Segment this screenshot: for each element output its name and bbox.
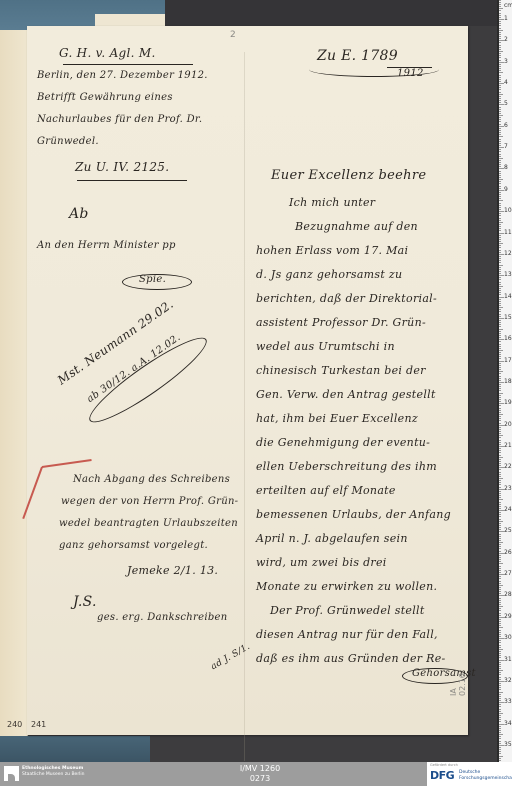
- ruler-label: 13: [504, 271, 512, 278]
- ruler-tick: [499, 651, 501, 652]
- ruler-tick: [499, 600, 501, 601]
- ruler-tick: [499, 683, 501, 684]
- ruler-tick: [499, 397, 501, 398]
- ruler-tick: [499, 608, 501, 609]
- ruler-tick: [499, 262, 501, 263]
- ruler-label: 4: [504, 79, 508, 86]
- ruler-tick: [499, 448, 501, 449]
- js-mark: J.S.: [73, 594, 97, 610]
- ruler-tick: [499, 0, 501, 1]
- folio-number: 2: [230, 30, 236, 40]
- ruler-label: 32: [504, 677, 512, 684]
- ruler-tick: [499, 329, 503, 330]
- ruler-tick: [499, 156, 501, 157]
- ruler-tick: [499, 563, 503, 564]
- ruler-tick: [499, 119, 501, 120]
- ruler-tick: [499, 544, 501, 545]
- ruler-tick: [499, 459, 501, 460]
- ruler-tick: [499, 151, 501, 152]
- ruler-label: 19: [504, 399, 512, 406]
- ruler-tick: [499, 657, 501, 658]
- ruler-label: 1: [504, 15, 508, 22]
- ruler-tick: [499, 36, 501, 37]
- ruler-tick: [499, 354, 501, 355]
- ruler-tick: [499, 444, 501, 445]
- body-line-2: Bezugnahme auf den: [295, 220, 418, 233]
- ruler-tick: [499, 559, 501, 560]
- image-number: 0273: [200, 774, 320, 784]
- ruler-tick: [499, 200, 503, 201]
- ruler-label: 26: [504, 549, 512, 556]
- reference-underline: [77, 180, 187, 181]
- ruler-tick: [499, 572, 501, 573]
- ruler-tick: [499, 181, 501, 182]
- salutation: Euer Excellenz beehre: [271, 168, 426, 183]
- ruler-tick: [499, 405, 501, 406]
- ruler-tick: [499, 179, 503, 180]
- note-line-1: Nach Abgang des Schreibens: [73, 474, 230, 485]
- ruler-tick: [499, 72, 503, 73]
- ruler-tick: [499, 615, 501, 616]
- ruler-tick: [499, 474, 501, 475]
- ruler-tick: [499, 527, 501, 528]
- ruler-label: 35: [504, 741, 512, 748]
- ruler-tick: [499, 593, 501, 594]
- ruler-tick: [499, 621, 501, 622]
- ruler-tick: [499, 570, 501, 571]
- ruler-tick: [499, 463, 501, 464]
- body-line-14: bemessenen Urlaubs, der Anfang: [256, 508, 451, 521]
- ruler-label: 33: [504, 698, 512, 705]
- ruler-tick: [499, 461, 501, 462]
- body-line-17: Monate zu erwirken zu wollen.: [256, 580, 437, 593]
- ruler-tick: [499, 363, 501, 364]
- ruler-tick: [499, 649, 503, 650]
- ruler-tick: [499, 60, 501, 61]
- ruler-tick: [499, 619, 501, 620]
- ruler-label: 34: [504, 720, 512, 727]
- ruler-tick: [499, 450, 501, 451]
- funder-caption: Gefördert durch: [430, 763, 458, 767]
- ruler-tick: [499, 230, 501, 231]
- ruler-tick: [499, 299, 501, 300]
- ruler-tick: [499, 585, 503, 586]
- ruler-tick: [499, 77, 501, 78]
- ruler-tick: [499, 435, 503, 436]
- ruler-tick: [499, 465, 501, 466]
- ruler-tick: [499, 760, 501, 761]
- ruler-tick: [499, 286, 503, 287]
- ruler-tick: [499, 647, 501, 648]
- ruler-tick: [499, 102, 501, 103]
- ruler-tick: [499, 166, 501, 167]
- ruler-tick: [499, 696, 501, 697]
- note-signature: Jemeke 2/1. 13.: [127, 564, 218, 577]
- ruler-tick: [499, 139, 501, 140]
- ruler-tick: [499, 292, 501, 293]
- ruler-tick: [499, 47, 501, 48]
- margin-mark: ad J. S/1.: [209, 642, 252, 672]
- ruler-tick: [499, 602, 501, 603]
- ruler-tick: [499, 476, 501, 477]
- ruler-tick: [499, 516, 501, 517]
- body-line-10: hat, ihm bei Euer Excellenz: [256, 412, 418, 425]
- ruler-tick: [499, 623, 501, 624]
- ruler-tick: [499, 674, 501, 675]
- ruler-label: 9: [504, 186, 508, 193]
- ruler-tick: [499, 540, 501, 541]
- ruler-tick: [499, 437, 501, 438]
- ruler-tick: [499, 555, 501, 556]
- funder-name-line-2: Forschungsgemeinschaft: [459, 776, 512, 782]
- ruler-tick: [499, 704, 501, 705]
- body-line-9: Gen. Verw. den Antrag gestellt: [256, 388, 436, 401]
- ruler-tick: [499, 711, 501, 712]
- scanned-image: 2 G. H. v. Agl. M. Berlin, den 27. Dezem…: [0, 0, 497, 762]
- ruler-tick: [499, 506, 501, 507]
- ruler-tick: [499, 497, 501, 498]
- body-line-16: wird, um zwei bis drei: [256, 556, 387, 569]
- ruler-tick: [499, 679, 501, 680]
- ruler-label: 18: [504, 378, 512, 385]
- ruler-tick: [499, 109, 501, 110]
- ruler-tick: [499, 367, 501, 368]
- ruler-tick: [499, 480, 501, 481]
- image-identifier: I/MV 1260 0273: [200, 764, 320, 784]
- ruler-tick: [499, 429, 501, 430]
- ruler-tick: [499, 512, 501, 513]
- ruler-tick: [499, 395, 501, 396]
- ruler-tick: [499, 741, 501, 742]
- ruler-tick: [499, 668, 501, 669]
- ruler-label: 3: [504, 58, 508, 65]
- ruler-tick: [499, 15, 501, 16]
- ruler-tick: [499, 17, 501, 18]
- ruler-tick: [499, 303, 501, 304]
- dfg-logo-icon: DFG: [430, 769, 454, 782]
- ruler-tick: [499, 273, 501, 274]
- ruler-tick: [499, 121, 501, 122]
- ruler-tick: [499, 277, 501, 278]
- ruler-tick: [499, 55, 501, 56]
- ruler-tick: [499, 730, 501, 731]
- ruler-tick: [499, 196, 501, 197]
- museum-logo-icon: [4, 766, 19, 781]
- ruler-label: 30: [504, 634, 512, 641]
- ruler-tick: [499, 630, 501, 631]
- ruler-tick: [499, 455, 501, 456]
- ruler-tick: [499, 85, 501, 86]
- ruler-tick: [499, 173, 501, 174]
- ruler-tick: [499, 751, 501, 752]
- ruler-tick: [499, 335, 501, 336]
- ruler-tick: [499, 677, 501, 678]
- blue-folder-cover-bottom: [0, 736, 150, 762]
- ruler-tick: [499, 207, 501, 208]
- ruler-tick: [499, 175, 501, 176]
- ruler-tick: [499, 6, 501, 7]
- ruler-tick: [499, 171, 501, 172]
- body-line-11: die Genehmigung der eventu-: [256, 436, 430, 449]
- ruler-tick: [499, 469, 501, 470]
- ruler-tick: [499, 380, 501, 381]
- ruler-tick: [499, 132, 501, 133]
- ruler-tick: [499, 499, 503, 500]
- body-line-7: wedel aus Urumtschi in: [256, 340, 395, 353]
- ruler-tick: [499, 252, 501, 253]
- note-line-4: ganz gehorsamst vorgelegt.: [59, 540, 208, 551]
- ruler-tick: [499, 514, 501, 515]
- ruler-label: 28: [504, 591, 512, 598]
- ruler-tick: [499, 301, 501, 302]
- ruler-tick: [499, 698, 501, 699]
- ruler-tick: [499, 493, 501, 494]
- ruler-tick: [499, 433, 501, 434]
- ruler-tick: [499, 282, 501, 283]
- ruler-tick: [499, 414, 503, 415]
- ruler-tick: [499, 753, 501, 754]
- body-line-3: hohen Erlass vom 17. Mai: [256, 244, 408, 257]
- ruler-tick: [499, 365, 501, 366]
- ruler-tick: [499, 320, 501, 321]
- ruler-tick: [499, 331, 501, 332]
- ruler-tick: [499, 388, 501, 389]
- ruler-tick: [499, 546, 501, 547]
- ruler-tick: [499, 89, 501, 90]
- ruler-tick: [499, 235, 501, 236]
- ruler-tick: [499, 117, 501, 118]
- ruler-tick: [499, 13, 501, 14]
- subject-line-2: Nachurlaubes für den Prof. Dr.: [37, 114, 202, 125]
- ruler-tick: [499, 642, 501, 643]
- ruler-label: 22: [504, 463, 512, 470]
- ruler-tick: [499, 672, 501, 673]
- ruler-tick: [499, 115, 503, 116]
- ruler-tick: [499, 736, 501, 737]
- ruler-tick: [499, 529, 501, 530]
- address-line: An den Herrn Minister pp: [37, 240, 176, 251]
- ruler-tick: [499, 384, 501, 385]
- ruler-tick: [499, 598, 501, 599]
- footer-bar: Ethnologisches Museum Staatliche Museen …: [0, 762, 512, 786]
- ruler-label: 25: [504, 527, 512, 534]
- ruler-tick: [499, 154, 501, 155]
- ruler-tick: [499, 267, 501, 268]
- ruler-tick: [499, 333, 501, 334]
- ruler-tick: [499, 92, 501, 93]
- ruler-tick: [499, 258, 501, 259]
- ruler-tick: [499, 94, 503, 95]
- ruler-tick: [499, 316, 501, 317]
- ruler-tick: [499, 75, 501, 76]
- page-number-left: 240: [7, 720, 22, 729]
- ruler-tick: [499, 685, 501, 686]
- ruler-tick: [499, 410, 501, 411]
- ruler-tick: [499, 23, 501, 24]
- ruler-tick: [499, 747, 501, 748]
- ruler-tick: [499, 717, 501, 718]
- ruler-tick: [499, 143, 501, 144]
- ruler-tick: [499, 324, 501, 325]
- ruler-tick: [499, 548, 501, 549]
- ruler-tick: [499, 749, 501, 750]
- ruler-tick: [499, 610, 501, 611]
- ruler-label: 24: [504, 506, 512, 513]
- ruler-tick: [499, 194, 501, 195]
- ruler-tick: [499, 124, 501, 125]
- ruler-tick: [499, 279, 501, 280]
- ruler-tick: [499, 145, 501, 146]
- ruler-tick: [499, 606, 503, 607]
- ruler-tick: [499, 38, 501, 39]
- ruler-tick: [499, 226, 501, 227]
- ruler-tick: [499, 478, 503, 479]
- subject-line-3: Grünwedel.: [37, 136, 99, 147]
- paper-fold: [244, 52, 245, 761]
- ruler-tick: [499, 743, 501, 744]
- ruler-tick: [499, 213, 501, 214]
- reference-number: Zu U. IV. 2125.: [75, 160, 169, 174]
- ruler-tick: [499, 111, 501, 112]
- ruler-tick: [499, 721, 501, 722]
- ruler-tick: [499, 687, 501, 688]
- ruler-tick: [499, 241, 501, 242]
- ruler-tick: [499, 243, 503, 244]
- ruler-tick: [499, 591, 501, 592]
- body-line-15: April n. J. abgelaufen sein: [256, 532, 408, 545]
- red-pencil-mark-top: [42, 459, 92, 468]
- ruler-tick: [499, 427, 501, 428]
- ruler-tick: [499, 373, 501, 374]
- ruler-tick: [499, 4, 501, 5]
- ruler-tick: [499, 186, 501, 187]
- ruler-tick: [499, 715, 501, 716]
- ruler-tick: [499, 542, 503, 543]
- ruler-tick: [499, 412, 501, 413]
- ruler-label: 27: [504, 570, 512, 577]
- ruler-label: 12: [504, 250, 512, 257]
- ruler-tick: [499, 491, 501, 492]
- ruler-tick: [499, 271, 501, 272]
- ruler-tick: [499, 534, 501, 535]
- ruler-tick: [499, 128, 501, 129]
- ruler-tick: [499, 726, 501, 727]
- ruler-tick: [499, 416, 501, 417]
- ruler-label: 31: [504, 656, 512, 663]
- manuscript-page: 2 G. H. v. Agl. M. Berlin, den 27. Dezem…: [27, 26, 468, 735]
- ruler-tick: [499, 536, 501, 537]
- ruler-label: 2: [504, 36, 508, 43]
- ruler-tick: [499, 551, 501, 552]
- ruler-tick: [499, 107, 501, 108]
- ruler-tick: [499, 307, 503, 308]
- ruler-tick: [499, 350, 503, 351]
- ruler-tick: [499, 66, 501, 67]
- ruler-tick: [499, 30, 503, 31]
- ruler-tick: [499, 440, 501, 441]
- ruler-label: 15: [504, 314, 512, 321]
- ruler-tick: [499, 51, 503, 52]
- ruler-tick: [499, 309, 501, 310]
- ruler-tick: [499, 49, 501, 50]
- ruler-tick: [499, 57, 501, 58]
- cm-ruler: cm 1234567891011121314151617181920212223…: [497, 0, 512, 762]
- draft-mark: Ab: [69, 206, 89, 222]
- ruler-tick: [499, 269, 501, 270]
- ruler-tick: [499, 613, 501, 614]
- ruler-tick: [499, 504, 501, 505]
- ruler-tick: [499, 376, 501, 377]
- ruler-tick: [499, 700, 501, 701]
- ruler-tick: [499, 487, 501, 488]
- ruler-tick: [499, 719, 501, 720]
- ruler-tick: [499, 519, 501, 520]
- ruler-tick: [499, 655, 501, 656]
- ruler-tick: [499, 247, 501, 248]
- ruler-tick: [499, 393, 503, 394]
- ruler-tick: [499, 314, 501, 315]
- date-line: Berlin, den 27. Dezember 1912.: [37, 70, 208, 81]
- ruler-tick: [499, 288, 501, 289]
- body-line-8: chinesisch Turkestan bei der: [256, 364, 426, 377]
- ruler-label: 7: [504, 143, 508, 150]
- ruler-tick: [499, 508, 501, 509]
- ruler-tick: [499, 322, 501, 323]
- ruler-tick: [499, 538, 501, 539]
- ruler-tick: [499, 25, 501, 26]
- ruler-label: 29: [504, 613, 512, 620]
- ruler-label: 6: [504, 122, 508, 129]
- ruler-tick: [499, 692, 503, 693]
- ruler-tick: [499, 423, 501, 424]
- ruler-tick: [499, 452, 501, 453]
- ruler-tick: [499, 326, 501, 327]
- page-number-right: 241: [31, 720, 46, 729]
- body-line-1: Ich mich unter: [289, 196, 375, 209]
- ruler-tick: [499, 356, 501, 357]
- ruler-tick: [499, 581, 501, 582]
- ruler-tick: [499, 401, 501, 402]
- ruler-label: 11: [504, 229, 512, 236]
- ruler-tick: [499, 640, 501, 641]
- body-line-13: erteilten auf elf Monate: [256, 484, 396, 497]
- ruler-tick: [499, 561, 501, 562]
- ruler-tick: [499, 53, 501, 54]
- ruler-tick: [499, 738, 501, 739]
- ruler-tick: [499, 666, 501, 667]
- ruler-tick: [499, 341, 501, 342]
- ruler-tick: [499, 237, 501, 238]
- ruler-label: 20: [504, 421, 512, 428]
- ruler-tick: [499, 369, 501, 370]
- institution-subtitle: Staatliche Museen zu Berlin: [22, 772, 85, 778]
- ruler-tick: [499, 250, 501, 251]
- ruler-tick: [499, 604, 501, 605]
- ruler-unit: cm: [504, 2, 512, 9]
- ruler-tick: [499, 689, 501, 690]
- ruler-tick: [499, 8, 503, 9]
- ruler-tick: [499, 198, 501, 199]
- ruler-tick: [499, 587, 501, 588]
- ruler-tick: [499, 566, 501, 567]
- ruler-tick: [499, 177, 501, 178]
- ruler-tick: [499, 583, 501, 584]
- ruler-tick: [499, 662, 501, 663]
- ruler-tick: [499, 431, 501, 432]
- ruler-tick: [499, 589, 501, 590]
- body-line-20: daß es ihm aus Gründen der Re-: [256, 652, 446, 665]
- ruler-label: 10: [504, 207, 512, 214]
